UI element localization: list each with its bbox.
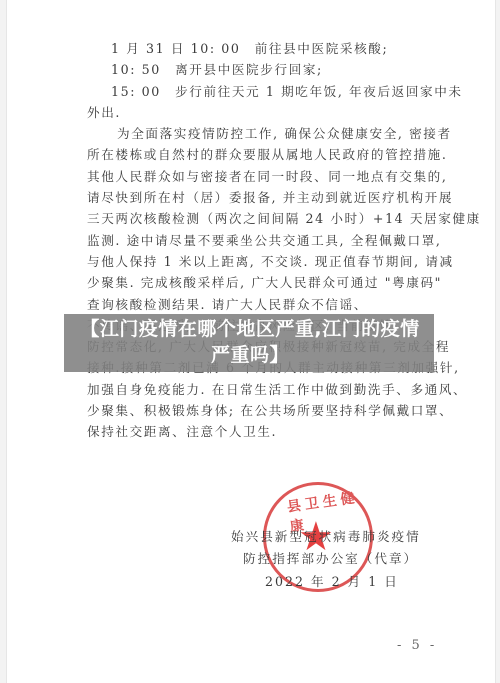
signature-date: 2022 年 2 月 1 日 <box>265 571 465 590</box>
paragraph-line: 保持社交距离、注意个人卫生. <box>87 421 447 442</box>
paragraph-line: 监测. 途中请尽量不要乘坐公共交通工具, 全程佩戴口罩, <box>87 230 447 251</box>
paragraph-line: 为全面落实疫情防控工作, 确保公众健康安全, 密接者 <box>87 123 447 144</box>
timeline-wrap: 外出. <box>87 102 447 123</box>
timeline-entry: 10: 50 离开县中医院步行回家; <box>87 59 447 80</box>
paragraph-line: 加强自身免疫能力. 在日常生活工作中做到勤洗手、多通风、 <box>87 379 447 400</box>
title-overlay-banner: 【江门疫情在哪个地区严重,江门的疫情严重吗】 <box>64 314 434 372</box>
paragraph-line: 与他人保持 1 米以上距离, 不交谈. 现正值春节期间, 请减 <box>87 251 447 272</box>
paragraph-line: 少聚集. 完成核酸采样后, 广大人民群众可通过 "粤康码" <box>87 272 447 293</box>
page-number: - 5 - <box>397 638 437 653</box>
paragraph-line: 查询核酸检测结果. 请广大人民群众不信谣、 <box>87 294 447 315</box>
timeline-entry: 15: 00 步行前往天元 1 期吃年饭, 年夜后返回家中未 <box>87 81 447 102</box>
paragraph-line: 请尽快到所在村（居）委报备, 并主动到就近医疗机构开展 <box>87 187 447 208</box>
timeline-entry: 1 月 31 日 10: 00 前往县中医院采核酸; <box>87 38 447 59</box>
paragraph-line: 其他人民群众如与密接者在同一时段、同一地点有交集的, <box>87 166 447 187</box>
signature-org-line2: 防控指挥部办公室（代章） <box>243 548 443 567</box>
paragraph-line: 少聚集、积极锻炼身体; 在公共场所要坚持科学佩戴口罩、 <box>87 400 447 421</box>
signature-org-line1: 始兴县新型冠状病毒肺炎疫情 <box>231 526 431 545</box>
paragraph-line: 所在楼栋或自然村的群众要服从属地人民政府的管控措施. <box>87 144 447 165</box>
overlay-title: 【江门疫情在哪个地区严重,江门的疫情严重吗】 <box>72 316 428 368</box>
paragraph-line: 三天两次核酸检测（两次之间间隔 24 小时）+14 天居家健康 <box>87 208 447 229</box>
document-body: 1 月 31 日 10: 00 前往县中医院采核酸; 10: 50 离开县中医院… <box>87 38 447 443</box>
